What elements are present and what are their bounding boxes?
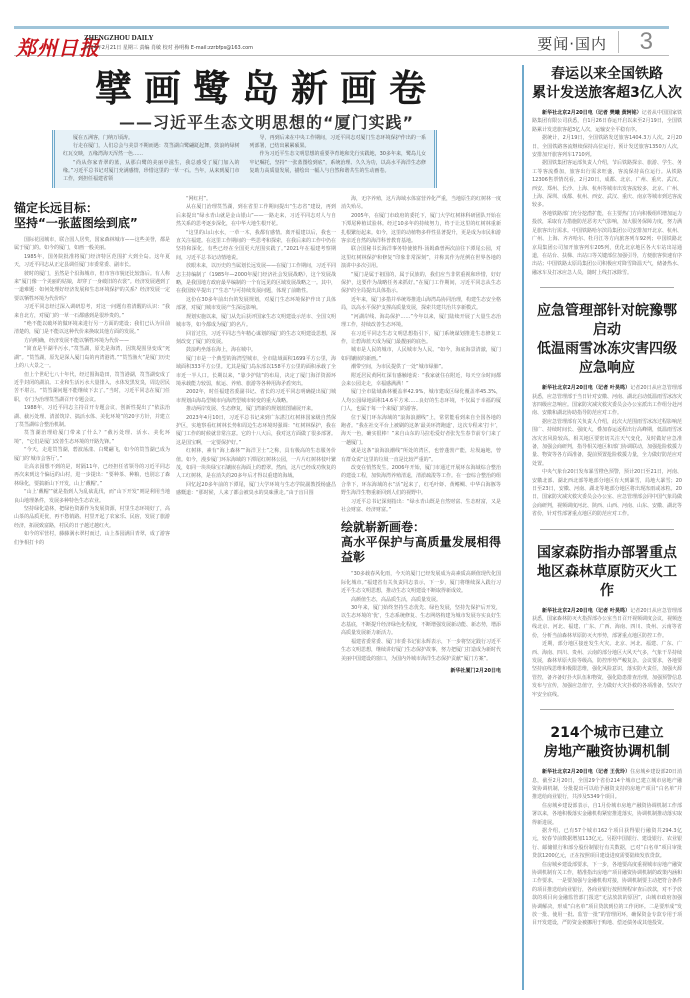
lead-box: 厦在五洲客，门纳万顷涛。 行走在厦门，人们总会与美景不期而遇：筼筜湖白鹭翩跹起舞… xyxy=(52,130,437,188)
body-paragraph: 彼时的厦门，虽然是个沿海城市，但市容市貌还比较落后。有人称来“厦门像一个美丽的姑… xyxy=(14,270,170,304)
body-paragraph: 让高亲园想不到的是，时隔11年，已经担任省领导的习近平同志再次来到这个偏远的山村… xyxy=(14,463,170,488)
body-paragraph: 推动两岸发展、生态修复，厦门湾新的规划蓝图铺展开来。 xyxy=(176,405,336,413)
lead-paragraph: 导，再到后来在中央工作期间，习近平同志对厦门生态环境保护作出的一系列部署，已结出… xyxy=(250,134,427,150)
body-paragraph: 联合国秘书长海洋事务特使彼得·汤姆森曾两次前往下潭尾公园，对这里红树林保护和修复… xyxy=(341,245,501,270)
body-paragraph: “山上‘戴帽’”就是指到人为乱砍乱伐，而“山下开发”则是利用当地良山地理条件，发… xyxy=(14,488,170,505)
body-paragraph: “厦门是属于祖国的，属于民族的，我们应当非常重视和珍惜，好好保护，这要作为战略任… xyxy=(341,271,501,296)
body-paragraph: 2023年4月10日，习近平总书记来到广东湛江红树林国家级自然保护区，实地察看红… xyxy=(176,414,336,448)
body-paragraph: 据国铁集团客运部负责人介绍，节后铁路探亲、旅游、学生、务工等客流叠加，旅客出行需… xyxy=(532,159,682,209)
lead-paragraph: 厦在五洲客，门纳万顷涛。 xyxy=(63,134,240,142)
sidebar-article-body: 新华社北京2月20日电（记者 樊曦 黄轲铭）记者从中国国家铁路集团有限公司获悉，… xyxy=(532,109,682,277)
title-line: 214个城市已建立 xyxy=(532,724,682,743)
section-heading: 锚定长远目标： 坚持“一张蓝图绘到底” xyxy=(14,201,170,231)
issue-meta: 2024年2月21日 星期三 责编 肖敏 校对 孙明梅 E-mail:zzrbf… xyxy=(84,44,253,51)
byline: 新华社北京2月20日电（记者 王优玲） xyxy=(542,769,630,775)
lead-paragraph: 作为习近平生态文明思想的重要孕育地和先行实践地，30多年来，鹭岛儿女牢记嘱托，坚… xyxy=(250,150,427,175)
body-paragraph: 红树林，素有“海上森林”“海洋卫士”之称，具有极高的生态服务价值。如今，漫步厦门… xyxy=(176,447,336,481)
sidebar-article-forest-fire: 国家森防指办部署重点 地区森林草原防灭火工作 新华社北京2月20日电（记者 叶昊… xyxy=(532,544,682,699)
body-paragraph: 习近平总书记深刻指出：“绿水青山既是自然财富、生态财富，又是社会财富、经济财富。… xyxy=(341,498,501,515)
title-line: 累计发送旅客超3亿人次 xyxy=(532,84,682,103)
body-paragraph: 据统计，2月19日，全国铁路发送旅客1404.3万人次。2月20日，全国铁路客流… xyxy=(532,134,682,159)
body-paragraph: 厦门全市陆域森林覆盖率42.9%，城市建成区绿化覆盖率45.3%，人均公园绿地面… xyxy=(341,388,501,413)
sidebar-article-real-estate: 214个城市已建立 房地产融资协调机制 新华社北京2月20日电（记者 王优玲）住… xyxy=(532,724,682,928)
news-sidebar: 春运以来全国铁路 累计发送旅客超3亿人次 新华社北京2月20日电（记者 樊曦 黄… xyxy=(522,65,682,990)
title-line: 低温雨雪冰冻灾害四级应急响应 xyxy=(532,340,682,378)
lead-paragraph: “尚从你家青翠的蓝，从那白鹭的美丽中滋生，我总感受了厦门加入的缘。”习近平总书记… xyxy=(63,159,240,184)
main-headline: 擘画鹭岛新画卷 xyxy=(14,58,519,112)
byline: 新华社北京2月20日电（记者 樊曦 黄轲铭） xyxy=(542,110,642,116)
body-paragraph: 高颜值生态，高品质生活，高质量发展。 xyxy=(341,596,501,604)
sidebar-article-emergency: 应急管理部针对皖豫鄂启动 低温雨雪冰冻灾害四级应急响应 新华社北京2月20日电（… xyxy=(532,302,682,519)
section-heading-line: 坚持“一张蓝图绘到底” xyxy=(14,216,170,231)
body-paragraph: 近期，部分地区接连发生火灾。北京、河北、福建、广东、广西、海南、四川、贵州、云南… xyxy=(532,640,682,699)
body-paragraph: 放眼未来，以历史的当属划长远发展——在厦门工作期间，习近平同志主持编制了《198… xyxy=(176,262,336,296)
body-paragraph: 2002年，时任福建省委副书记、省长的习近平同志明确提出厦门城市规划由海岛型城市… xyxy=(176,388,336,405)
section-heading-line: 高水平保护与高质量发展相得益彰 xyxy=(341,535,501,565)
article-column-2: “网红村”。 从在厦门治理筼筜湖，到在省里工作期间提出“生态省”建设，再到后来提… xyxy=(176,195,336,990)
masthead-rule xyxy=(14,26,669,29)
body-paragraph: 回忆起20多年前的下潭尾，厦门大学环境与生态学院副教授杨盛昌感慨道：“那时候，人… xyxy=(176,481,336,498)
sidebar-divider xyxy=(540,529,674,530)
body-paragraph: 但上个世纪七八十年代，经过围海造田，筼筜港湖，筼筜湖变成了近乎封闭的湖泊。工业和… xyxy=(14,371,170,405)
body-paragraph: 近年来，厦门多措并举统筹推进山海湾岛协同治理，构建生态安全格局，以高水平保护支撑… xyxy=(341,296,501,313)
body-paragraph: 国际花园城市，联合国人居奖，国家森林城市——这些美誉，都是属于厦门的。如今的厦门… xyxy=(14,236,170,253)
body-paragraph: 习近平同志经过深入调研思考，对这一问题有着清醒的认识：“我来自北方，对厦门的一草… xyxy=(14,303,170,320)
body-paragraph: 各地铁路部门充分挖潜扩能，在主要热门方向积极组织增加运力投放，采取有力措施防范恶… xyxy=(532,210,682,277)
body-paragraph: “简直是半湖半污水，”筼筜湖，原先是海湾，因筑堤围垦变成“死湖”。“筼筜湖，原先… xyxy=(14,345,170,370)
title-line: 国家森防指办部署重点 xyxy=(532,544,682,563)
body-paragraph: 位于厦门环东海域的“浪海浪潮线”上，常常能看到来自全国各地的跑者。“我在社交平台… xyxy=(341,414,501,448)
sidebar-article-body: 新华社北京2月20日电（记者 叶昊鸣）记者20日从应急管理部获悉，应急管理部于当… xyxy=(532,384,682,519)
page-number-divider xyxy=(618,31,619,53)
section-heading-line: 绘就崭新画卷： xyxy=(341,520,501,535)
body-paragraph: 住房城乡建设部要求，下一步，各地要高度重视城市房地产融资协调机制有关工作，精准指… xyxy=(532,861,682,928)
body-paragraph: 在习近平同志生态文明思想指引下，厦门系统谋划推进生态修复工作，让碧海蓝天成为厦门… xyxy=(341,330,501,347)
body-paragraph: 2005年，在厦门市政府的委托下，厦门大学红树林科研团队开始在下潭尾种植试验林。… xyxy=(341,212,501,246)
title-line: 地区森林草原防灭火工作 xyxy=(532,563,682,601)
body-paragraph: 鼓浪屿坐落在海上，海在城中。 xyxy=(176,346,336,354)
body-paragraph: 厦门市是一个典型的海湾型城市，全市陆域面积1699平方公里，海域面积333平方公… xyxy=(176,355,336,389)
body-paragraph: 据介绍，已有57个城市162个项目获得银行融资共294.3亿元，较春节前数据增加… xyxy=(532,827,682,861)
body-paragraph: 海，无序养殖，这片海域水体富营养化严重，当地原生的红树林一度消失殆尽。 xyxy=(341,195,501,212)
section-heading-line: 锚定长远目标： xyxy=(14,201,170,216)
sidebar-article-railway: 春运以来全国铁路 累计发送旅客超3亿人次 新华社北京2月20日电（记者 樊曦 黄… xyxy=(532,65,682,277)
body-paragraph: 如今的军营村，藤藤满水翠村而过，山上茶园满目青翠，成了游客们争相打卡的 xyxy=(14,530,170,547)
body-paragraph: 潮带空间，为市民提供了一处“城市绿肺”。 xyxy=(341,363,501,371)
masthead: 郑州日报 ZHENGZHOU DAILY 2024年2月21日 星期三 责编 肖… xyxy=(14,30,669,56)
dateline: 新华社厦门2月20日电 xyxy=(341,667,501,675)
body-paragraph: 据应急管理部有关负责人介绍，此次大范围雨雪冰冻过程影响范围广、持续时间长、强度大… xyxy=(532,418,682,468)
body-paragraph: 1985年，国务院批准将厦门经济特区范围扩大到全岛。这年夏天，习近平同志从正定县… xyxy=(14,253,170,270)
sidebar-divider xyxy=(540,709,674,710)
section-name: 要闻·国内 xyxy=(537,33,607,54)
byline: 新华社北京2月20日电（记者 叶昊鸣） xyxy=(542,608,630,614)
body-paragraph: “30多载春风化雨，今天的厦门已经发展成为高素质高颜值现代化国际化城市。”福建省… xyxy=(341,570,501,595)
lead-column-right: 导，再到后来在中央工作期间，习近平同志对厦门生态环境保护作出的一系列部署，已结出… xyxy=(250,134,427,184)
body-paragraph: “今天，走进筼筜湖，碧波荡漾、白鹭翩飞，如今的筼筜湖已成为厦门的‘城市会客厅’。… xyxy=(14,446,170,463)
byline: 新华社北京2月20日电（记者 叶昊鸣） xyxy=(542,385,630,391)
article-column-1: 锚定长远目标： 坚持“一张蓝图绘到底” 国际花园城市，联合国人居奖，国家森林城市… xyxy=(14,195,170,990)
body-paragraph: 方向明确，经济发展不能以牺牲环境为代价—— xyxy=(14,337,170,345)
title-line: 房地产融资协调机制 xyxy=(532,743,682,762)
lead-paragraph: 行走在厦门，人们总会与美景不期而遇：筼筜湖白鹭翩跹起舞，鼓浪屿绿树红瓦交映，五缘… xyxy=(63,142,240,158)
body-paragraph: “河湖岸线、海岛保护……”今年以来，厦门陆续开展了大量生态治理工作，持续改善生态… xyxy=(341,313,501,330)
section-heading: 绘就崭新画卷： 高水平保护与高质量发展相得益彰 xyxy=(341,520,501,565)
sidebar-article-body: 新华社北京2月20日电（记者 叶昊鸣）记者20日从应急管理部获悉，国家森林防灭火… xyxy=(532,607,682,699)
sidebar-article-title: 国家森防指办部署重点 地区森林草原防灭火工作 xyxy=(532,544,682,601)
body-paragraph: 中央气象台20日发布暴雪橙色预警，预计20日至21日，河南、安徽北部、湖北西北部… xyxy=(532,468,682,518)
body-paragraph: “这里的山山水水，一草一木，我都有感情。离开福建以后，我也一直关注福建。在这里工… xyxy=(176,229,336,263)
body-paragraph: 1988年，习近平同志主持召开专题会议，创新性提出了“依法治湖、截污处理、清淤筑… xyxy=(14,404,170,429)
body-paragraph: “网红村”。 xyxy=(176,195,336,203)
sidebar-article-body: 新华社北京2月20日电（记者 王优玲）住房城乡建设部20日消息，截至2月20日，… xyxy=(532,768,682,928)
lead-column-left: 厦在五洲客，门纳万顷涛。 行走在厦门，人们总会与美景不期而遇：筼筜湖白鹭翩跹起舞… xyxy=(63,134,240,184)
body-paragraph: 改变在悄然发生。2006年开始，厦门市通过开展环东海域综合整治的建设工程，加快海… xyxy=(341,464,501,498)
sidebar-divider xyxy=(540,287,674,288)
body-paragraph: 回首过往，习近平同志当年精心谋划的厦门的生态文明建设思想，深刻改变了厦门的发展。 xyxy=(176,330,336,347)
sidebar-article-title: 214个城市已建立 房地产融资协调机制 xyxy=(532,724,682,762)
body-paragraph: 住房城乡建设部表示，自1月份城市房地产融资协调机制工作部署以来，各地积极落实金融… xyxy=(532,802,682,827)
body-paragraph: 福建省委常委、厦门市委书记崔永辉表示，下一步将坚定践行习近平生态文明思想，继续讲… xyxy=(341,638,501,663)
sidebar-article-title: 应急管理部针对皖豫鄂启动 低温雨雪冰冻灾害四级应急响应 xyxy=(532,302,682,378)
page-number: 3 xyxy=(640,28,653,56)
body-paragraph: 附近居民黄阿红深有感触地说：“我家就住在附近，每天空余时间都会来公园走走，幸福感… xyxy=(341,372,501,389)
body-paragraph: 城市是人民的城市，人民城市为人民。“如今，海底海景清澈，厦门如同镶嵌的新画。” xyxy=(341,346,501,363)
title-line: 应急管理部针对皖豫鄂启动 xyxy=(532,302,682,340)
body-paragraph: 这份在30多年前出台的发展规划，对厦门生态环境保护作出了具体部署，对厦门城市发展… xyxy=(176,296,336,313)
body-paragraph: 筼筜湖治理给厦门带来了什么？“截污处理、活水、美化环境”，“它们是厦门改善生态环… xyxy=(14,429,170,446)
body-paragraph: “绝不能以破坏的做环境来进行另一方面的建设；我们已认为目前清楚的，厦门是不能以这… xyxy=(14,320,170,337)
body-paragraph: 就是这条“浪海浪潮线”所处的湾区，也曾蓬勃产能，垃圾遍地，曾有群众说“这里的垃圾… xyxy=(341,447,501,464)
body-paragraph: 坚持绿化造林，把绿色资源作为发展资源，村里生态环境好了，高山茶的品质更优，再不愁… xyxy=(14,505,170,530)
body-paragraph: 规划实施以来，厦门从先后获评国家生态文明建设示范市、全国文明城市等，如今都成为厦… xyxy=(176,313,336,330)
body-paragraph: 从在厦门治理筼筜湖，到在省里工作期间提出“生态省”建设，再到后来提出“绿水青山就… xyxy=(176,203,336,228)
title-line: 春运以来全国铁路 xyxy=(532,65,682,84)
body-paragraph: 30年来，厦门始终坚持生态优先、绿色发展，坚持先保护后开发，以生态环境的‘优’，… xyxy=(341,604,501,638)
newspaper-english-name: ZHENGZHOU DAILY xyxy=(84,34,154,42)
article-column-3: 海，无序养殖，这片海域水体富营养化严重，当地原生的红树林一度消失殆尽。 2005… xyxy=(341,195,501,990)
sidebar-article-title: 春运以来全国铁路 累计发送旅客超3亿人次 xyxy=(532,65,682,103)
